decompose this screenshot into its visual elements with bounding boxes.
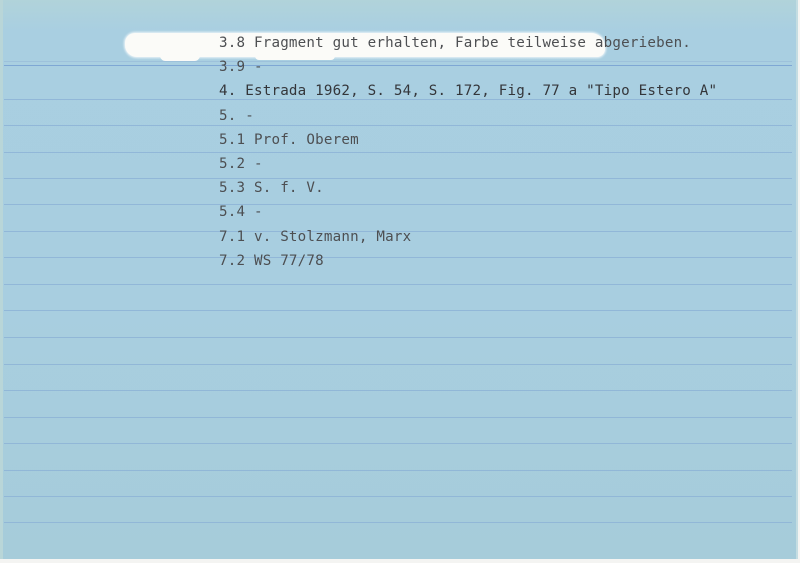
index-card: 3.8 Fragment gut erhalten, Farbe teilwei… bbox=[0, 0, 798, 559]
entry-7-2: 7.2 WS 77/78 bbox=[219, 251, 717, 275]
entry-3-9: 3.9 - bbox=[219, 57, 717, 81]
ruled-line bbox=[4, 443, 792, 444]
entry-5-2: 5.2 - bbox=[219, 154, 717, 178]
entry-5: 5. - bbox=[219, 106, 717, 130]
entry-7-1: 7.1 v. Stolzmann, Marx bbox=[219, 227, 717, 251]
ruled-line bbox=[4, 337, 792, 338]
typed-entries: 3.8 Fragment gut erhalten, Farbe teilwei… bbox=[219, 33, 717, 275]
ruled-line bbox=[4, 470, 792, 471]
ruled-line bbox=[4, 522, 792, 523]
card-edge bbox=[0, 0, 3, 559]
ruled-line bbox=[4, 310, 792, 311]
ruled-line bbox=[4, 417, 792, 418]
entry-5-4: 5.4 - bbox=[219, 202, 717, 226]
entry-3-8: 3.8 Fragment gut erhalten, Farbe teilwei… bbox=[219, 33, 717, 57]
entry-5-1: 5.1 Prof. Oberem bbox=[219, 130, 717, 154]
ruled-line bbox=[4, 390, 792, 391]
correction-fluid-drip bbox=[160, 50, 200, 61]
ruled-line bbox=[4, 496, 792, 497]
entry-5-3: 5.3 S. f. V. bbox=[219, 178, 717, 202]
ruled-line bbox=[4, 284, 792, 285]
entry-4: 4. Estrada 1962, S. 54, S. 172, Fig. 77 … bbox=[219, 81, 717, 105]
ruled-line bbox=[4, 364, 792, 365]
